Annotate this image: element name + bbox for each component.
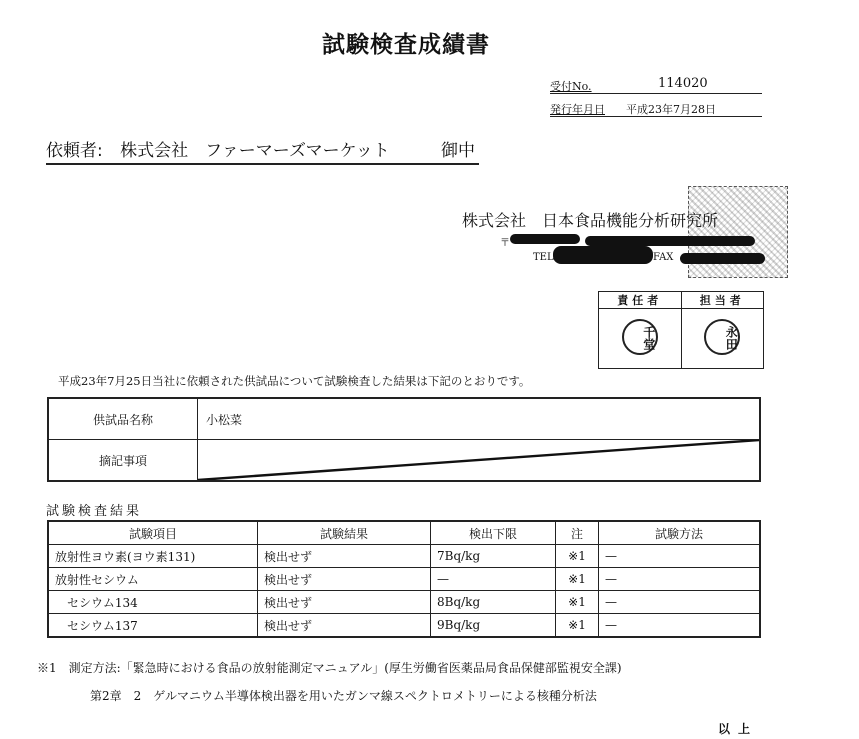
cell-test-method: — bbox=[599, 545, 761, 568]
cell-test-result: 検出せず bbox=[258, 545, 431, 568]
table-row: セシウム134検出せず8Bq/kg※1— bbox=[48, 591, 760, 614]
cell-note: ※1 bbox=[556, 568, 599, 591]
issuer-fax-label: FAX bbox=[653, 252, 673, 263]
cell-detection-limit: — bbox=[431, 568, 556, 591]
redaction-tel bbox=[553, 246, 653, 264]
issue-date: 平成23年7月28日 bbox=[626, 101, 716, 117]
receipt-number-line: 受付No. 114020 bbox=[550, 78, 762, 94]
col-test-method: 試験方法 bbox=[599, 521, 761, 545]
sample-name-label: 供試品名称 bbox=[48, 398, 198, 440]
cell-test-result: 検出せず bbox=[258, 591, 431, 614]
remarks-label: 摘記事項 bbox=[48, 440, 198, 482]
cell-detection-limit: 9Bq/kg bbox=[431, 614, 556, 638]
cell-test-item: セシウム134 bbox=[48, 591, 258, 614]
cell-test-result: 検出せず bbox=[258, 568, 431, 591]
strike-through-line bbox=[198, 440, 759, 480]
cell-detection-limit: 8Bq/kg bbox=[431, 591, 556, 614]
issuer-address: 〒 bbox=[500, 234, 510, 249]
cell-test-item: 放射性ヨウ素(ヨウ素131) bbox=[48, 545, 258, 568]
cell-test-method: — bbox=[599, 568, 761, 591]
table-row: 放射性ヨウ素(ヨウ素131)検出せず7Bq/kg※1— bbox=[48, 545, 760, 568]
redaction-fax bbox=[680, 253, 765, 264]
approval-header-responsible: 責任者 bbox=[599, 292, 682, 309]
stamp-in-charge: 永田 bbox=[704, 319, 740, 355]
cell-note: ※1 bbox=[556, 545, 599, 568]
table-row: セシウム137検出せず9Bq/kg※1— bbox=[48, 614, 760, 638]
client-line: 依頼者: 株式会社 ファーマーズマーケット 御中 bbox=[46, 136, 479, 165]
receipt-label: 受付No. bbox=[550, 80, 592, 93]
cell-note: ※1 bbox=[556, 591, 599, 614]
cell-test-item: セシウム137 bbox=[48, 614, 258, 638]
results-header-row: 試験項目 試験結果 検出下限 注 試験方法 bbox=[48, 521, 760, 545]
cell-test-method: — bbox=[599, 591, 761, 614]
results-table: 試験項目 試験結果 検出下限 注 試験方法 放射性ヨウ素(ヨウ素131)検出せず… bbox=[47, 520, 761, 638]
issuer-tel-label: TEL bbox=[533, 252, 554, 263]
stamp-responsible: 千堂 bbox=[622, 319, 658, 355]
cell-test-result: 検出せず bbox=[258, 614, 431, 638]
cell-test-method: — bbox=[599, 614, 761, 638]
closing-mark: 以上 bbox=[718, 720, 758, 737]
footnote-method: ※1 測定方法:「緊急時における食品の放射能測定マニュアル」(厚生労働省医薬品局… bbox=[37, 659, 622, 676]
col-note: 注 bbox=[556, 521, 599, 545]
redaction-address-1 bbox=[510, 234, 580, 244]
company-seal bbox=[688, 186, 788, 278]
cell-test-item: 放射性セシウム bbox=[48, 568, 258, 591]
cell-note: ※1 bbox=[556, 614, 599, 638]
postal-mark: 〒 bbox=[500, 238, 510, 249]
sample-info-table: 供試品名称 小松菜 摘記事項 bbox=[47, 397, 761, 482]
col-detection-limit: 検出下限 bbox=[431, 521, 556, 545]
cell-detection-limit: 7Bq/kg bbox=[431, 545, 556, 568]
redaction-address-2 bbox=[585, 236, 755, 246]
client-name: 株式会社 ファーマーズマーケット bbox=[120, 141, 390, 161]
document-title: 試験検査成績書 bbox=[322, 26, 490, 59]
col-test-item: 試験項目 bbox=[48, 521, 258, 545]
issuer-name: 株式会社 日本食品機能分析研究所 bbox=[462, 208, 718, 231]
intro-text: 平成23年7月25日当社に依頼された供試品について試験検査した結果は下記のとおり… bbox=[58, 373, 530, 389]
col-test-result: 試験結果 bbox=[258, 521, 431, 545]
approval-stamp-table: 責任者 担当者 千堂 永田 bbox=[598, 291, 764, 369]
client-label: 依頼者: bbox=[46, 141, 103, 161]
approval-header-in-charge: 担当者 bbox=[681, 292, 764, 309]
results-heading: 試験検査結果 bbox=[46, 500, 142, 519]
footnote-method-detail: 第2章 2 ゲルマニウム半導体検出器を用いたガンマ線スペクトロメトリーによる核種… bbox=[90, 687, 597, 704]
issue-date-line: 発行年月日 平成23年7月28日 bbox=[550, 101, 762, 117]
sample-name-value: 小松菜 bbox=[198, 398, 761, 440]
remarks-value bbox=[198, 440, 761, 482]
client-honorific: 御中 bbox=[441, 136, 475, 161]
receipt-number: 114020 bbox=[658, 76, 708, 91]
issue-date-label: 発行年月日 bbox=[550, 103, 605, 116]
table-row: 放射性セシウム検出せず—※1— bbox=[48, 568, 760, 591]
